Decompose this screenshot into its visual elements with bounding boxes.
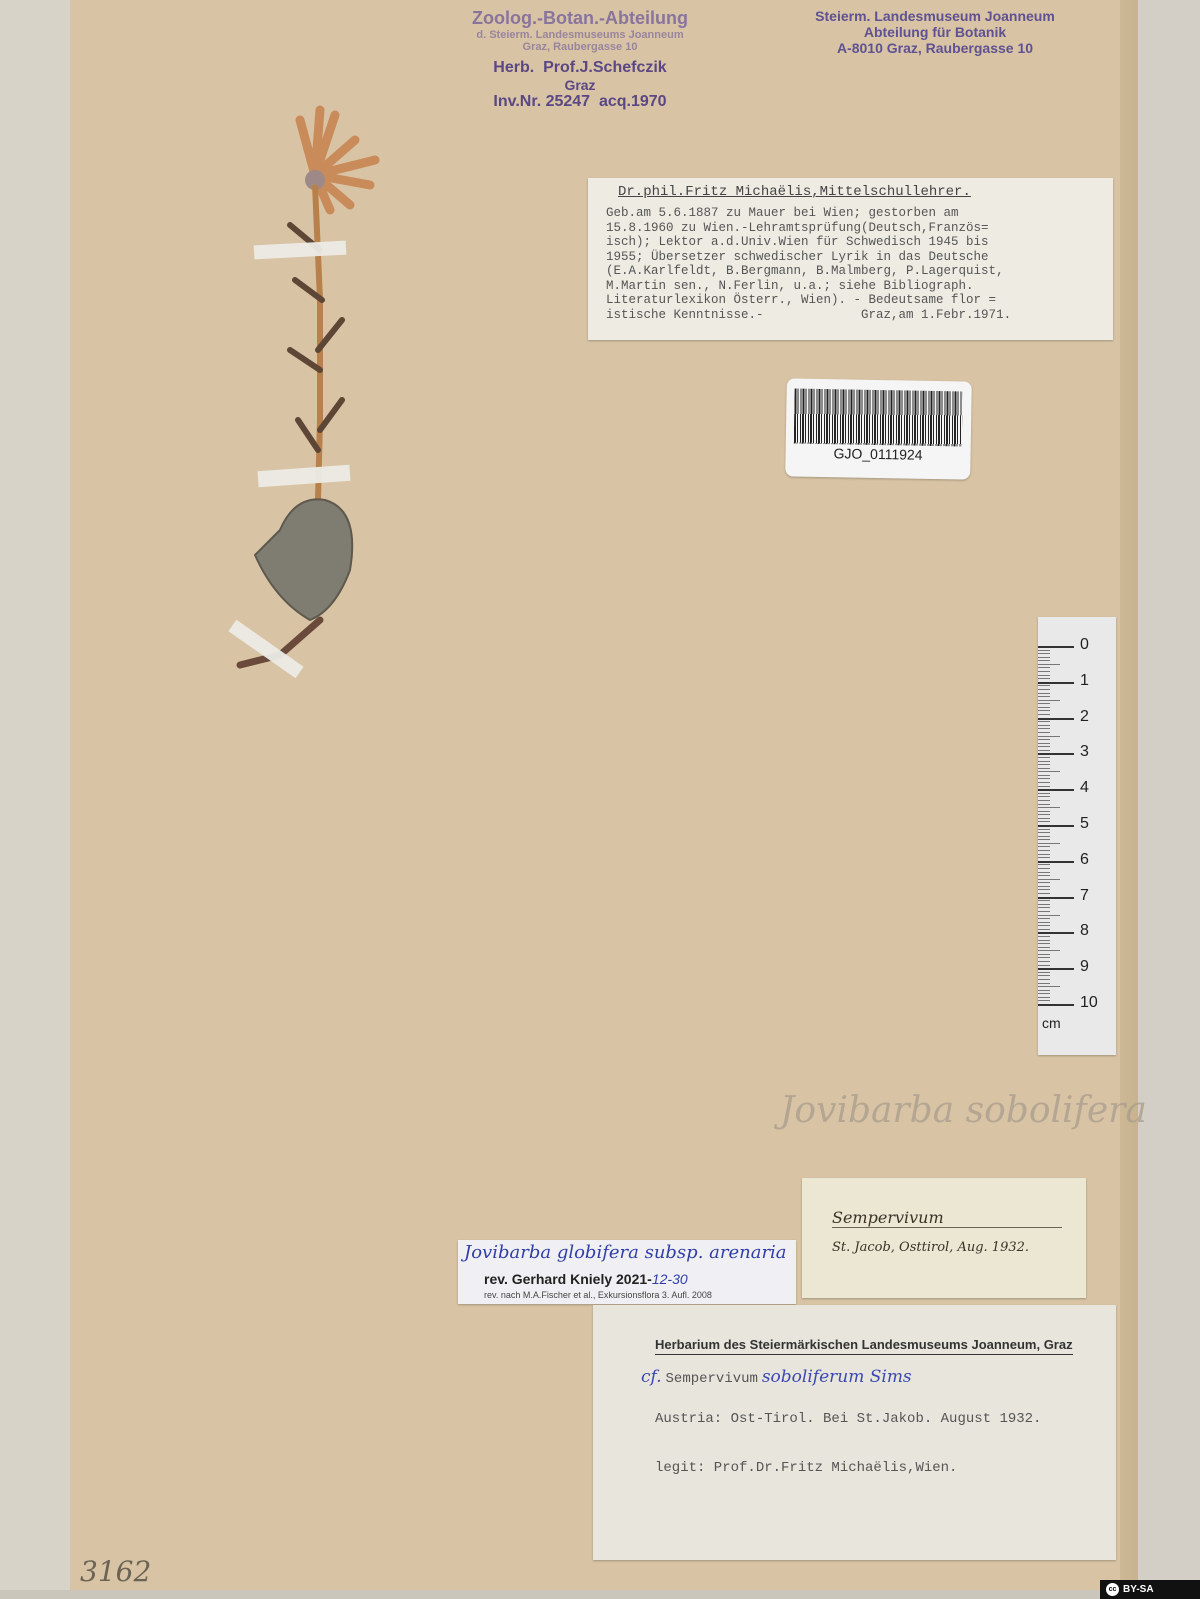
- ruler-minor-tick: [1038, 886, 1050, 887]
- ruler-minor-tick: [1038, 750, 1050, 751]
- ruler-minor-tick: [1038, 882, 1050, 883]
- ruler-minor-tick: [1038, 893, 1050, 894]
- ruler-minor-tick: [1038, 800, 1050, 801]
- ruler-minor-tick: [1038, 961, 1050, 962]
- ruler-minor-tick: [1038, 796, 1050, 797]
- epithet: soboliferum Sims: [762, 1367, 912, 1387]
- ruler-minor-tick: [1038, 660, 1050, 661]
- ruler-minor-tick: [1038, 743, 1050, 744]
- ruler-minor-tick: [1038, 736, 1060, 737]
- genus: Sempervivum: [666, 1371, 758, 1387]
- taxon-line: cf. Sempervivum soboliferum Sims: [641, 1367, 912, 1387]
- ruler-minor-tick: [1038, 732, 1050, 733]
- ruler-minor-tick: [1038, 864, 1050, 865]
- collector-biography-label: Dr.phil.Fritz Michaëlis,Mittelschullehre…: [588, 178, 1113, 340]
- ruler-major-tick: [1038, 897, 1074, 899]
- plant-specimen: [220, 100, 400, 680]
- ruler-minor-tick: [1038, 689, 1050, 690]
- collector: legit: Prof.Dr.Fritz Michaëlis,Wien.: [655, 1460, 957, 1476]
- ruler-label: 3: [1080, 743, 1089, 761]
- ruler-major-tick: [1038, 682, 1074, 684]
- ruler-label: 0: [1080, 636, 1089, 654]
- ruler-minor-tick: [1038, 786, 1050, 787]
- ruler-minor-tick: [1038, 846, 1050, 847]
- original-handwritten-label: Sempervivum St. Jacob, Osttirol, Aug. 19…: [802, 1178, 1086, 1298]
- ruler-minor-tick: [1038, 850, 1050, 851]
- ruler-minor-tick: [1038, 746, 1050, 747]
- cf-mark: cf.: [641, 1367, 662, 1387]
- ruler-minor-tick: [1038, 911, 1050, 912]
- background-left: [0, 0, 70, 1599]
- stamp-line: Graz: [460, 77, 700, 93]
- ruler-label: 5: [1080, 815, 1089, 833]
- revised-name: Jovibarba globifera subsp. arenaria: [464, 1242, 787, 1263]
- zoolog-stamp: Zoolog.-Botan.-Abteilung d. Steierm. Lan…: [460, 8, 700, 111]
- ruler-minor-tick: [1038, 832, 1050, 833]
- ruler-minor-tick: [1038, 650, 1050, 651]
- ruler-minor-tick: [1038, 664, 1060, 665]
- ruler-minor-tick: [1038, 843, 1060, 844]
- ruler-minor-tick: [1038, 929, 1050, 930]
- ruler-label: 1: [1080, 672, 1089, 690]
- ruler-minor-tick: [1038, 671, 1050, 672]
- stamp-line: Zoolog.-Botan.-Abteilung: [460, 8, 700, 29]
- ruler-minor-tick: [1038, 965, 1050, 966]
- ruler-minor-tick: [1038, 829, 1050, 830]
- ruler-minor-tick: [1038, 857, 1050, 858]
- stamp-line: A-8010 Graz, Raubergasse 10: [800, 40, 1070, 56]
- ruler-minor-tick: [1038, 707, 1050, 708]
- stamp-line: Graz, Raubergasse 10: [460, 41, 700, 53]
- locality: Austria: Ost-Tirol. Bei St.Jakob. August…: [655, 1411, 1041, 1427]
- ruler-minor-tick: [1038, 907, 1050, 908]
- revision-label: Jovibarba globifera subsp. arenaria rev.…: [458, 1240, 796, 1304]
- ruler-minor-tick: [1038, 950, 1060, 951]
- stamp-line: Herb. Prof.J.Schefczik: [460, 59, 700, 77]
- revision-date: 12-30: [652, 1271, 688, 1287]
- flower-head-icon: [300, 110, 375, 210]
- ruler-minor-tick: [1038, 782, 1050, 783]
- ruler-minor-tick: [1038, 778, 1050, 779]
- museum-stamp: Steierm. Landesmuseum Joanneum Abteilung…: [800, 8, 1070, 56]
- ruler-minor-tick: [1038, 854, 1050, 855]
- ruler-minor-tick: [1038, 879, 1060, 880]
- ruler-minor-tick: [1038, 889, 1050, 890]
- ruler-minor-tick: [1038, 997, 1050, 998]
- ruler-unit: cm: [1042, 1015, 1061, 1031]
- ruler-minor-tick: [1038, 757, 1050, 758]
- ruler-major-tick: [1038, 753, 1074, 755]
- ruler-label: 2: [1080, 708, 1089, 726]
- institution-heading: Herbarium des Steiermärkischen Landesmus…: [655, 1337, 1073, 1355]
- stamp-line: d. Steierm. Landesmuseums Joanneum: [460, 29, 700, 41]
- ruler-label: 10: [1080, 994, 1098, 1012]
- ruler-major-tick: [1038, 646, 1074, 648]
- background-right: [1135, 0, 1200, 1599]
- ruler-minor-tick: [1038, 768, 1050, 769]
- old-label-genus: Sempervivum: [832, 1208, 1062, 1228]
- barcode-number: GJO_0111924: [785, 444, 970, 463]
- ruler-minor-tick: [1038, 915, 1060, 916]
- ruler-minor-tick: [1038, 983, 1050, 984]
- ruler-label: 9: [1080, 958, 1089, 976]
- ruler-label: 8: [1080, 922, 1089, 940]
- ruler-minor-tick: [1038, 936, 1050, 937]
- ruler-minor-tick: [1038, 900, 1050, 901]
- ruler-minor-tick: [1038, 875, 1050, 876]
- ruler-major-tick: [1038, 861, 1074, 863]
- ruler-minor-tick: [1038, 714, 1050, 715]
- ruler-minor-tick: [1038, 954, 1050, 955]
- ruler-minor-tick: [1038, 804, 1050, 805]
- old-label-locality: St. Jacob, Osttirol, Aug. 1932.: [832, 1240, 1029, 1255]
- ruler-major-tick: [1038, 932, 1074, 934]
- ruler-label: 6: [1080, 851, 1089, 869]
- ruler-minor-tick: [1038, 868, 1050, 869]
- ruler-minor-tick: [1038, 918, 1050, 919]
- ruler-minor-tick: [1038, 872, 1050, 873]
- license-text: BY-SA: [1123, 1584, 1154, 1595]
- ruler-minor-tick: [1038, 725, 1050, 726]
- herbarium-main-label: Herbarium des Steiermärkischen Landesmus…: [593, 1305, 1116, 1560]
- ruler-minor-tick: [1038, 993, 1050, 994]
- ruler-minor-tick: [1038, 710, 1050, 711]
- ruler-minor-tick: [1038, 904, 1050, 905]
- ruler-minor-tick: [1038, 793, 1050, 794]
- ruler-minor-tick: [1038, 700, 1060, 701]
- bio-heading: Dr.phil.Fritz Michaëlis,Mittelschullehre…: [618, 184, 1113, 200]
- cm-ruler: cm 012345678910: [1038, 617, 1116, 1055]
- ruler-minor-tick: [1038, 814, 1050, 815]
- ruler-minor-tick: [1038, 739, 1050, 740]
- reviser-line: rev. Gerhard Kniely 2021-12-30: [484, 1271, 688, 1287]
- ruler-minor-tick: [1038, 728, 1050, 729]
- barcode-icon: [794, 389, 963, 447]
- ruler-major-tick: [1038, 968, 1074, 970]
- ruler-minor-tick: [1038, 839, 1050, 840]
- cc-icon: cc: [1106, 1583, 1119, 1596]
- license-badge[interactable]: cc BY-SA: [1100, 1580, 1200, 1599]
- ruler-minor-tick: [1038, 775, 1050, 776]
- ruler-minor-tick: [1038, 653, 1050, 654]
- bio-body: Geb.am 5.6.1887 zu Mauer bei Wien; gesto…: [606, 206, 1113, 322]
- ruler-minor-tick: [1038, 979, 1050, 980]
- ruler-minor-tick: [1038, 761, 1050, 762]
- ruler-minor-tick: [1038, 721, 1050, 722]
- ruler-label: 4: [1080, 779, 1089, 797]
- stamp-line: Abteilung für Botanik: [800, 24, 1070, 40]
- pencil-annotation: Jovibarba soboliferа: [780, 1090, 1147, 1131]
- ruler-minor-tick: [1038, 1000, 1050, 1001]
- barcode-label: GJO_0111924: [785, 378, 972, 479]
- ruler-minor-tick: [1038, 818, 1050, 819]
- ruler-minor-tick: [1038, 675, 1050, 676]
- ruler-minor-tick: [1038, 972, 1050, 973]
- ruler-minor-tick: [1038, 943, 1050, 944]
- ruler-minor-tick: [1038, 821, 1050, 822]
- ruler-minor-tick: [1038, 836, 1050, 837]
- ruler-minor-tick: [1038, 685, 1050, 686]
- revision-reference: rev. nach M.A.Fischer et al., Exkursions…: [484, 1290, 712, 1300]
- ruler-minor-tick: [1038, 764, 1050, 765]
- ruler-minor-tick: [1038, 811, 1050, 812]
- ruler-minor-tick: [1038, 925, 1050, 926]
- ruler-minor-tick: [1038, 986, 1060, 987]
- ruler-label: 7: [1080, 887, 1089, 905]
- ruler-minor-tick: [1038, 693, 1050, 694]
- catalog-number: 3162: [80, 1555, 151, 1588]
- ruler-major-tick: [1038, 789, 1074, 791]
- ruler-minor-tick: [1038, 957, 1050, 958]
- reviser: rev. Gerhard Kniely 2021-: [484, 1271, 652, 1287]
- ruler-minor-tick: [1038, 771, 1060, 772]
- ruler-minor-tick: [1038, 975, 1050, 976]
- ruler-minor-tick: [1038, 678, 1050, 679]
- ruler-minor-tick: [1038, 657, 1050, 658]
- ruler-minor-tick: [1038, 703, 1050, 704]
- stamp-line: Inv.Nr. 25247 acq.1970: [460, 93, 700, 111]
- ruler-minor-tick: [1038, 922, 1050, 923]
- ruler-minor-tick: [1038, 940, 1050, 941]
- ruler-minor-tick: [1038, 696, 1050, 697]
- ruler-major-tick: [1038, 718, 1074, 720]
- bottom-strip: [0, 1590, 1200, 1599]
- ruler-minor-tick: [1038, 807, 1060, 808]
- ruler-minor-tick: [1038, 667, 1050, 668]
- sheet-edge: [1120, 0, 1138, 1590]
- ruler-major-tick: [1038, 825, 1074, 827]
- ruler-major-tick: [1038, 1004, 1074, 1006]
- ruler-minor-tick: [1038, 947, 1050, 948]
- ruler-minor-tick: [1038, 990, 1050, 991]
- stamp-line: Steierm. Landesmuseum Joanneum: [800, 8, 1070, 24]
